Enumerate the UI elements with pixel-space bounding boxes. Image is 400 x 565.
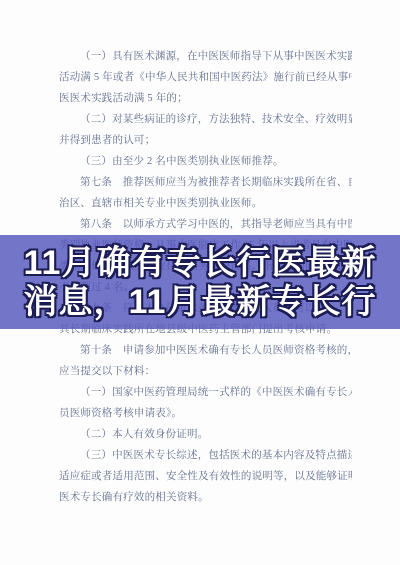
document-line: 应当提交以下材料： — [59, 361, 352, 382]
document-line: （三）中医医术专长综述，包括医术的基本内容及特点描述、 — [59, 445, 352, 466]
document-line: （二）本人有效身份证明。 — [59, 424, 352, 445]
document-line: 第八条 以师承方式学习中医的，其指导老师应当具有中医 — [59, 214, 352, 235]
document-line: （二）对某些病证的诊疗，方法独特、技术安全、疗效明显， — [59, 109, 352, 130]
document-line: 治区、直辖市相关专业中医类别执业医师。 — [59, 193, 352, 214]
document-line: 适应症或者适用范围、安全性及有效性的说明等，以及能够证明 — [59, 466, 352, 487]
document-line: 医术专长确有疗效的相关资料。 — [59, 487, 352, 508]
article-hero-image: （一）具有医术渊源，在中医医师指导下从事中医医术实践活动满 5 年或者《中华人民… — [0, 0, 400, 565]
document-line: （一）国家中医药管理局统一式样的《中医医术确有专长人 — [59, 382, 352, 403]
headline-banner: 11月确有专长行医最新 消息，11月最新专长行 — [0, 235, 400, 329]
document-line: 活动满 5 年或者《中华人民共和国中医药法》施行前已经从事中 — [59, 67, 352, 88]
document-line: 医医术实践活动满 5 年的； — [59, 88, 352, 109]
document-line: 第十条 申请参加中医医术确有专长人员医师资格考核的， — [59, 340, 352, 361]
document-line: （一）具有医术渊源，在中医医师指导下从事中医医术实践 — [59, 46, 352, 67]
headline-line-1: 11月确有专长行医最新 — [0, 244, 400, 283]
document-line: 并得到患者的认可； — [59, 130, 352, 151]
headline-line-2: 消息，11月最新专长行 — [0, 283, 400, 322]
document-line: 第七条 推荐医师应当为被推荐者长期临床实践所在省、自 — [59, 172, 352, 193]
document-line: （三）由至少 2 名中医类别执业医师推荐。 — [59, 151, 352, 172]
document-line: 员医师资格考核申请表》。 — [59, 403, 352, 424]
